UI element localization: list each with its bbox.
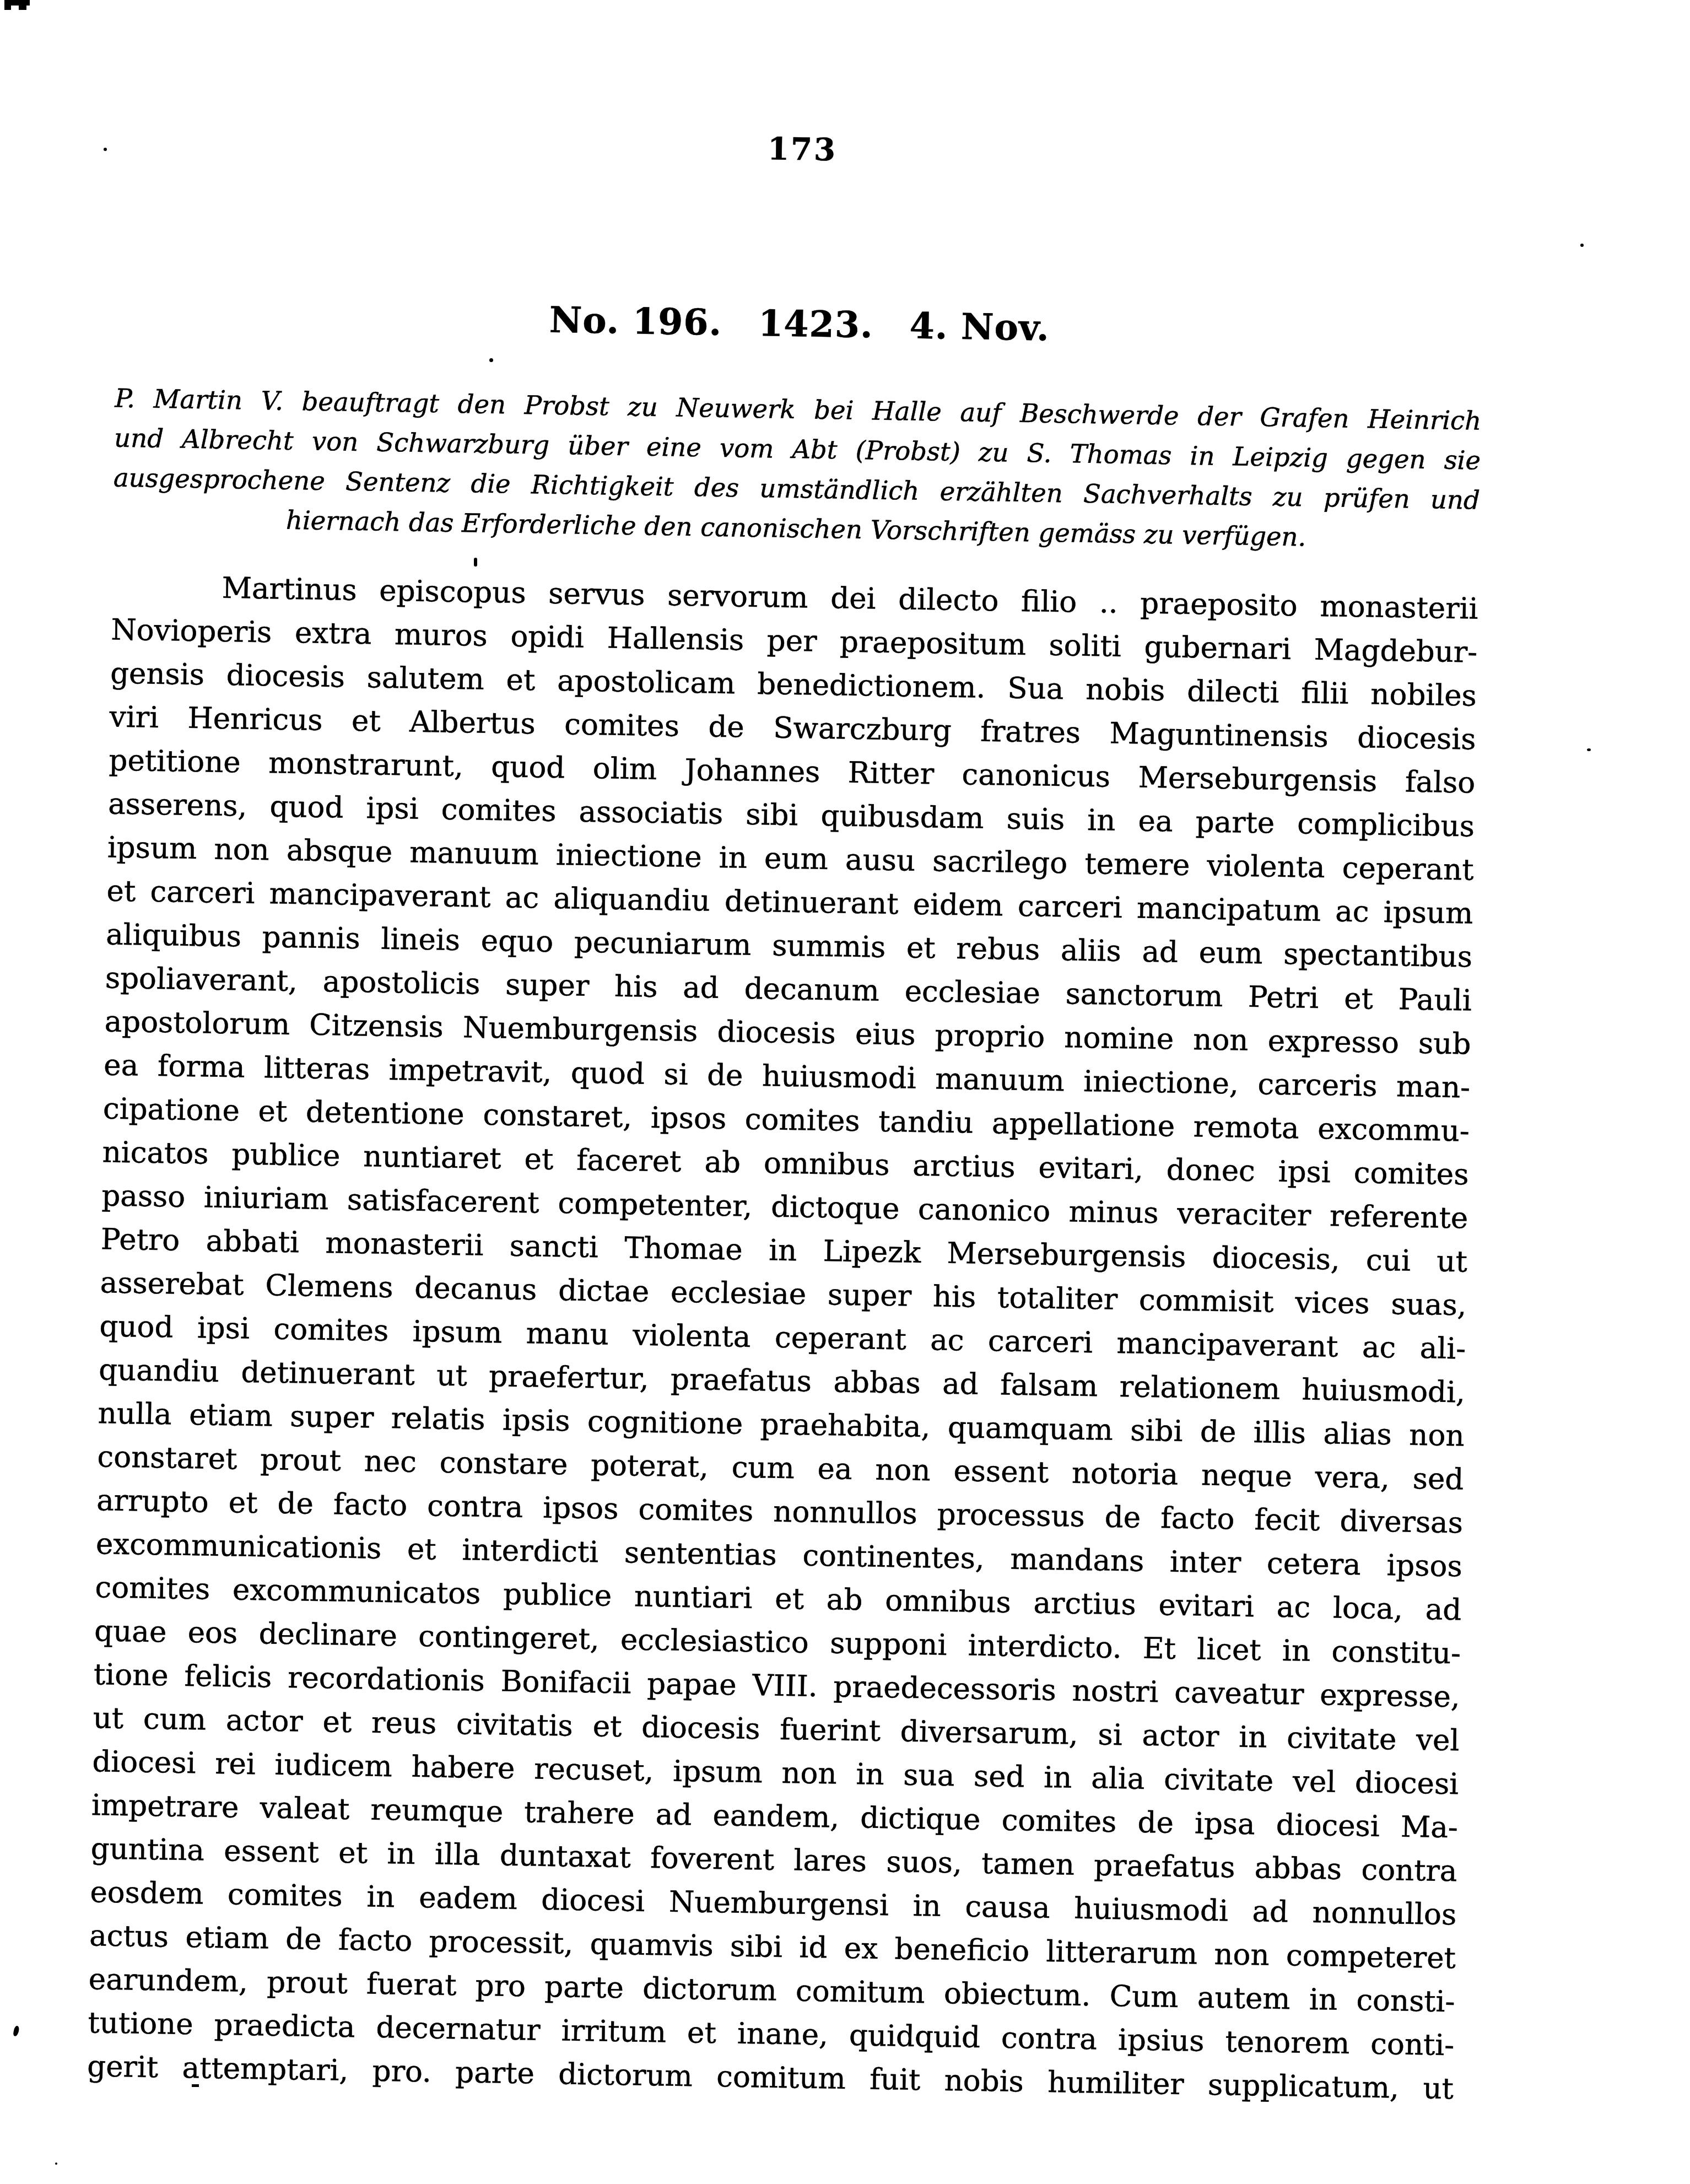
entry-heading: No. 196. 1423. 4. Nov. [116,292,1483,357]
page-content: 173 No. 196. 1423. 4. Nov. P. Martin V. … [87,120,1486,2111]
ink-speck [1580,244,1584,247]
scan-artifact-corner [19,5,26,10]
regest-summary: P. Martin V. beauftragt den Probst zu Ne… [112,379,1481,560]
regest-summary-justified: P. Martin V. beauftragt den Probst zu Ne… [113,379,1481,520]
ink-speck [13,2025,20,2036]
ink-speck [104,148,107,151]
ink-speck [55,2163,57,2165]
scanned-document-page: { "colors": { "text": "#000000", "backgr… [0,0,1690,2184]
scan-artifact-corner [4,5,11,10]
ink-speck [1587,748,1591,751]
page-number: 173 [119,120,1486,179]
charter-body-text: Martinus episcopus servus servorum dei d… [87,565,1479,2111]
